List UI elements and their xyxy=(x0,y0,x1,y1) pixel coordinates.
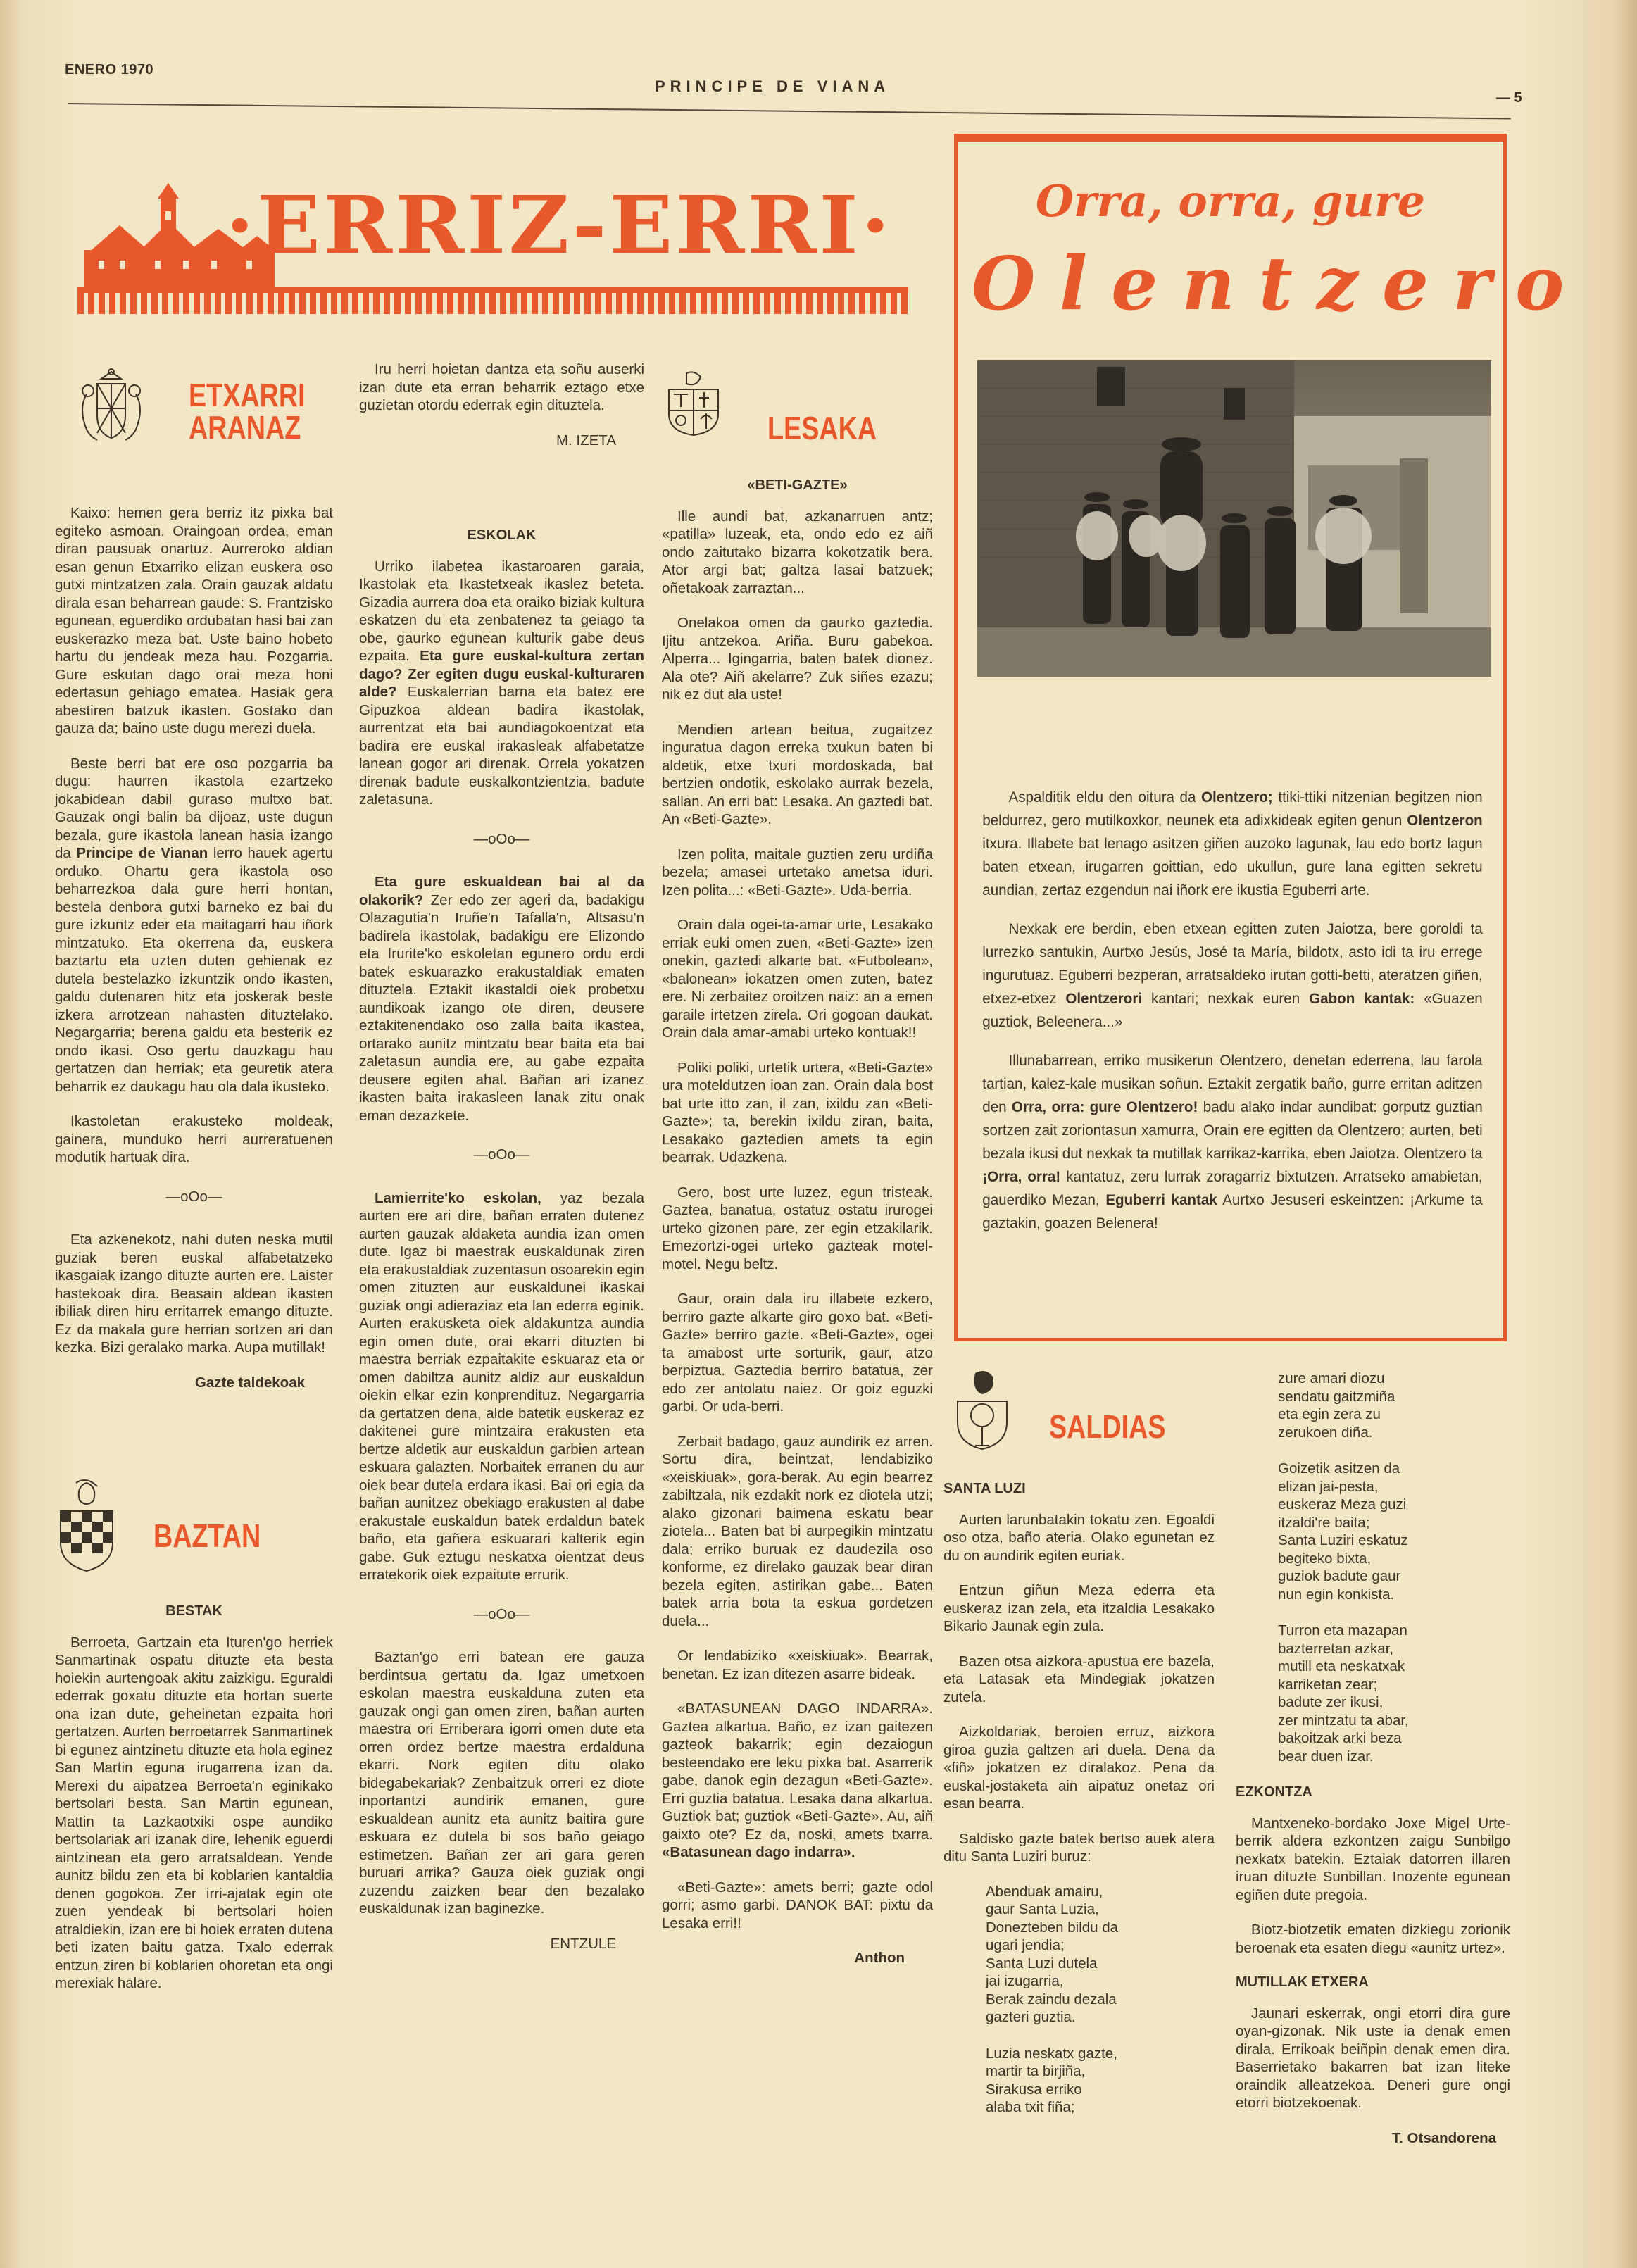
eskolak-subhead: ESKOLAK xyxy=(359,527,644,545)
olentzero-children-photo-icon xyxy=(977,360,1491,677)
lesaka-paragraph: Gero, bost urte luzez, egun tristeak. Ga… xyxy=(662,1184,933,1274)
header-rule xyxy=(68,103,1511,119)
column-lesaka: LESAKA «BETI-GAZTE» Ille aundi bat, azka… xyxy=(662,370,933,1967)
saldias-paragraph: Aurten larunbatakin tokatu zen. Egoaldi … xyxy=(943,1511,1215,1565)
column-baztan: Iru herri hoietan dantza eta soñu auserk… xyxy=(359,361,644,1953)
lesaka-paragraph: Orain dala ogei-ta-amar urte, Lesakako e… xyxy=(662,916,933,1042)
lesaka-paragraph: Gaur, orain dala iru illabete ezkero, be… xyxy=(662,1290,933,1416)
ezkontza-paragraph: Mantxeneko-bordako Joxe Migel Urte-berri… xyxy=(1236,1815,1510,1905)
separator: —oOo— xyxy=(359,830,644,848)
etxarri-signature: Gazte taldekoak xyxy=(55,1374,305,1392)
etxarri-paragraph-2: Beste berri bat ere oso pozgarria ba dug… xyxy=(55,755,333,1096)
separator: —oOo— xyxy=(359,1146,644,1164)
lesaka-header: LESAKA xyxy=(662,370,933,447)
olentzero-feature-box: Orra, orra, gure Olentzero xyxy=(954,134,1507,1341)
ezkontza-paragraph: Biotz-biotzetik ematen dizkiegu zorionik… xyxy=(1236,1921,1510,1957)
baztan-header: BAZTAN xyxy=(55,1476,333,1581)
issue-date: ENERO 1970 xyxy=(65,62,153,78)
lesaka-coat-of-arms-icon xyxy=(665,370,722,437)
newspaper-page: ENERO 1970 PRINCIPE DE VIANA — 5 ·ERRIZ-… xyxy=(0,0,1637,2268)
column-etxarri: ETXARRI ARANAZ Kaixo: hemen gera berriz … xyxy=(55,366,333,2010)
poem-stanza-2-start: Luzia neskatx gazte,martir ta birjiña, S… xyxy=(943,2045,1215,2117)
baztan-paragraph-3: Urriko ilabetea ikastaroaren garaia, Ika… xyxy=(359,558,644,809)
bestak-subhead: BESTAK xyxy=(55,1603,333,1621)
separator: —oOo— xyxy=(359,1605,644,1624)
baztan-title: BAZTAN xyxy=(153,1520,261,1552)
saldias-paragraph: Bazen otsa aizkora-apustua ere bazela, e… xyxy=(943,1653,1215,1707)
baztan-paragraph-2: Iru herri hoietan dantza eta soñu auserk… xyxy=(359,361,644,415)
olentzero-paragraph-1: Aspalditik eldu den oitura da Olentzero;… xyxy=(982,786,1483,902)
lesaka-signature: Anthon xyxy=(662,1949,905,1967)
lesaka-title: LESAKA xyxy=(767,412,877,444)
erriz-erri-banner: ·ERRIZ-ERRI· xyxy=(77,162,922,310)
mutillak-paragraph: Jaunari eskerrak, ongi etorri dira gure … xyxy=(1236,2005,1510,2112)
lesaka-paragraph: Poliki poliki, urtetik urtera, «Beti-Gaz… xyxy=(662,1059,933,1167)
beti-gazte-subhead: «BETI-GAZTE» xyxy=(662,477,933,495)
etxarri-paragraph-3: Ikastoletan erakusteko moldeak, gainera,… xyxy=(55,1113,333,1167)
saldias-coat-of-arms-icon xyxy=(954,1370,1010,1451)
saldias-paragraph: Saldisko gazte batek bertso auek atera d… xyxy=(943,1830,1215,1866)
poem-stanza-4: Turron eta mazapanbazterretan azkar, mut… xyxy=(1236,1622,1510,1765)
saldias-header: SALDIAS xyxy=(943,1370,1215,1465)
publication-title: PRINCIPE DE VIANA xyxy=(655,77,890,96)
olentzero-article: Aspalditik eldu den oitura da Olentzero;… xyxy=(982,786,1483,1251)
poem-stanza-2-end: zure amari diozusendatu gaitzmiña eta eg… xyxy=(1236,1370,1510,1441)
poem-stanza-1: Abenduak amairu,gaur Santa Luzia, Donezt… xyxy=(943,1883,1215,2026)
olentzero-title-line2: Olentzero xyxy=(972,240,1507,327)
baztan-coat-of-arms-icon xyxy=(55,1476,118,1574)
baztan-signature-entzule: ENTZULE xyxy=(359,1935,616,1953)
lesaka-batasunean-paragraph: «BATASUNEAN DAGO INDARRA». Gaztea alkart… xyxy=(662,1700,933,1862)
separator: —oOo— xyxy=(55,1188,333,1206)
baztan-paragraph-4: Eta gure eskualdean bai al da olakorik? … xyxy=(359,873,644,1124)
lesaka-paragraph-last: «Beti-Gazte»: amets berri; gazte odol go… xyxy=(662,1879,933,1933)
saldias-title: SALDIAS xyxy=(1049,1410,1166,1443)
mutillak-subhead: MUTILLAK ETXERA xyxy=(1236,1974,1510,1992)
baztan-paragraph-6: Baztan'go erri batean ere gauza berdints… xyxy=(359,1648,644,1918)
olentzero-paragraph-3: Illunabarrean, erriko musikerun Olentzer… xyxy=(982,1049,1483,1235)
lesaka-paragraph: Izen polita, maitale guztien zeru urdiña… xyxy=(662,846,933,900)
etxarri-title-line2: ARANAZ xyxy=(189,411,301,444)
bold-text: Principe de Vianan xyxy=(76,845,208,861)
etxarri-title-line1: ETXARRI xyxy=(189,379,306,411)
column-saldias: SALDIAS SANTA LUZI Aurten larunbatakin t… xyxy=(943,1370,1215,2135)
baztan-signature-izeta: M. IZETA xyxy=(359,432,616,450)
saldias-paragraph: Aizkoldariak, beroien erruz, aizkora gir… xyxy=(943,1723,1215,1813)
santa-luzi-subhead: SANTA LUZI xyxy=(943,1480,1215,1498)
etxarri-header: ETXARRI ARANAZ xyxy=(55,366,333,465)
olentzero-paragraph-2: Nexkak ere berdin, eben etxean egitten z… xyxy=(982,917,1483,1034)
saldias-signature: T. Otsandorena xyxy=(1236,2129,1496,2148)
banner-title: ·ERRIZ-ERRI· xyxy=(225,178,893,271)
etxarri-paragraph-1: Kaixo: hemen gera berriz itz pixka bat e… xyxy=(55,504,333,738)
saldias-paragraph: Entzun giñun Meza ederra eta euskeraz iz… xyxy=(943,1581,1215,1636)
lesaka-paragraph: Zerbait badago, gauz aundirik ez arren. … xyxy=(662,1433,933,1631)
ezkontza-subhead: EZKONTZA xyxy=(1236,1784,1510,1802)
olentzero-photo xyxy=(977,360,1491,677)
poem-stanza-3: Goizetik asitzen daelizan jai-pesta, eus… xyxy=(1236,1460,1510,1603)
lesaka-paragraph: Mendien artean beitua, zugaitzez ingurat… xyxy=(662,721,933,829)
etxarri-paragraph-4: Eta azkenekotz, nahi duten neska mutil g… xyxy=(55,1231,333,1357)
navarra-coat-of-arms-icon xyxy=(73,366,150,447)
olentzero-title-line1: Orra, orra, gure xyxy=(958,175,1503,227)
page-number: — 5 xyxy=(1496,90,1522,106)
lesaka-paragraph: Onelakoa omen da gaurko gaztedia. Ijitu … xyxy=(662,614,933,704)
fence-decoration xyxy=(77,287,908,314)
lesaka-paragraph: Or lendabiziko «xeiskiuak». Bearrak, ben… xyxy=(662,1647,933,1683)
baztan-paragraph-1: Berroeta, Gartzain eta Ituren'go herriek… xyxy=(55,1634,333,1993)
baztan-paragraph-5: Lamierrite'ko eskolan, yaz bezala aurten… xyxy=(359,1189,644,1584)
lesaka-paragraph: Ille aundi bat, azkanarruen antz; «patil… xyxy=(662,508,933,598)
column-saldias-2: zure amari diozusendatu gaitzmiña eta eg… xyxy=(1236,1370,1510,2147)
